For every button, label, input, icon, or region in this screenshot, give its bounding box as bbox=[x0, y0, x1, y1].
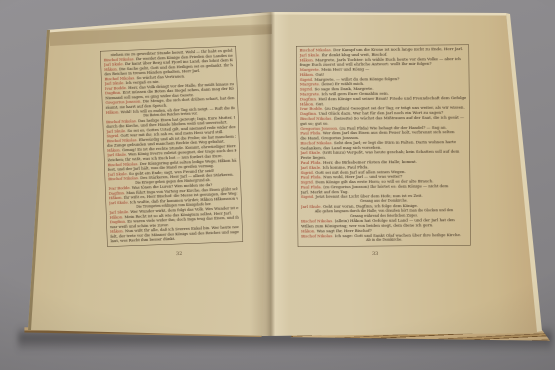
speaker-name: Dagfinn. bbox=[300, 111, 318, 116]
speaker-name: Margrete. bbox=[300, 82, 322, 87]
speaker-name: Bischof Nikolas. bbox=[300, 116, 334, 121]
speaker-name: Paul Flida. bbox=[301, 174, 324, 179]
right-page-number: 33 bbox=[372, 251, 378, 257]
speaker-name: Sigrid. bbox=[300, 86, 315, 91]
speaker-name: Sigrid. bbox=[300, 77, 315, 82]
dialogue-text: Herr, die Birkebeiner rüsten die Halle; … bbox=[323, 159, 417, 165]
dialogue-text: Seht den Jarl; er legt die Stirn in Falt… bbox=[334, 139, 456, 145]
photo-backdrop: stehen sie zu geweihter Stunde bereit. W… bbox=[0, 0, 555, 370]
speaker-name: Bischof Nikolas. bbox=[301, 233, 335, 238]
dialogue-text: Gut. bbox=[316, 101, 325, 106]
speaker-name: Sigrid. bbox=[301, 179, 316, 184]
right-text-frame: Bischof Nikolas. Der Kampf um die Krone … bbox=[296, 44, 471, 247]
speaker-name: Håkon. bbox=[106, 110, 121, 115]
dialogue-text: (tritt hinzu) Vergeßt, was heute geschah… bbox=[322, 149, 459, 155]
dialogue-text: Ab in die Domkirche. bbox=[366, 238, 402, 242]
dialogue-text: Alle gehen langsam durch die Halle; von … bbox=[315, 208, 453, 213]
dialogue-text: Wer dem Jarl das Eisen aus dem Feuer hol… bbox=[323, 130, 455, 136]
dialogue-text: Der Kampf um die Krone ist noch lange ni… bbox=[333, 47, 463, 53]
speaker-name: Paul Flida. bbox=[300, 130, 323, 135]
speaker-name: Håkon. bbox=[300, 101, 316, 106]
dialogue-text: Gut! bbox=[315, 72, 324, 77]
dialogue-text: (zu Gregorius Jonsson) Ihr hörtet es: de… bbox=[323, 183, 448, 189]
speaker-name: Jarl Skule. bbox=[109, 200, 130, 205]
speaker-name: Håkon. bbox=[300, 72, 316, 77]
dialogue-text: Mein Herr und König — bbox=[321, 66, 369, 71]
speaker-name: Paul Flida. bbox=[300, 160, 323, 165]
speaker-name: Håkon. bbox=[301, 228, 317, 233]
dialogue-text: Gesang aus der Domkirche. bbox=[360, 199, 408, 203]
speaker-name: Jarl Skule. bbox=[301, 204, 323, 209]
speaker-name: Margrete. bbox=[300, 91, 322, 96]
dialogue-text: Heil dem Könige und seiner Braut! Friede… bbox=[318, 95, 466, 101]
speaker-name: Margrete. bbox=[300, 67, 322, 72]
speaker-name: Jarl Skule. bbox=[300, 150, 322, 155]
speaker-name: Håkon. bbox=[300, 57, 316, 62]
left-text-frame: stehen sie zu geweihter Stunde bereit. W… bbox=[100, 46, 243, 247]
speaker-name: Paul Flida. bbox=[301, 184, 324, 189]
speaker-name: Sigrid. bbox=[301, 170, 316, 175]
dialogue-text: (beiseite) So wächst das Mißtrauen auf d… bbox=[334, 115, 464, 121]
speaker-name: Jarl Skule. bbox=[301, 165, 323, 170]
gutter-fold-shadow bbox=[250, 12, 290, 336]
dialogue-text: Gesang während des feierlichen Zuges. bbox=[350, 213, 418, 218]
speaker-name: Sigrid. bbox=[301, 194, 316, 199]
left-page-number: 32 bbox=[176, 251, 183, 257]
speaker-name: Dagfinn. bbox=[300, 96, 318, 101]
dialogue-text: laut, wes Recht ihm besser dünkt. bbox=[110, 237, 175, 244]
